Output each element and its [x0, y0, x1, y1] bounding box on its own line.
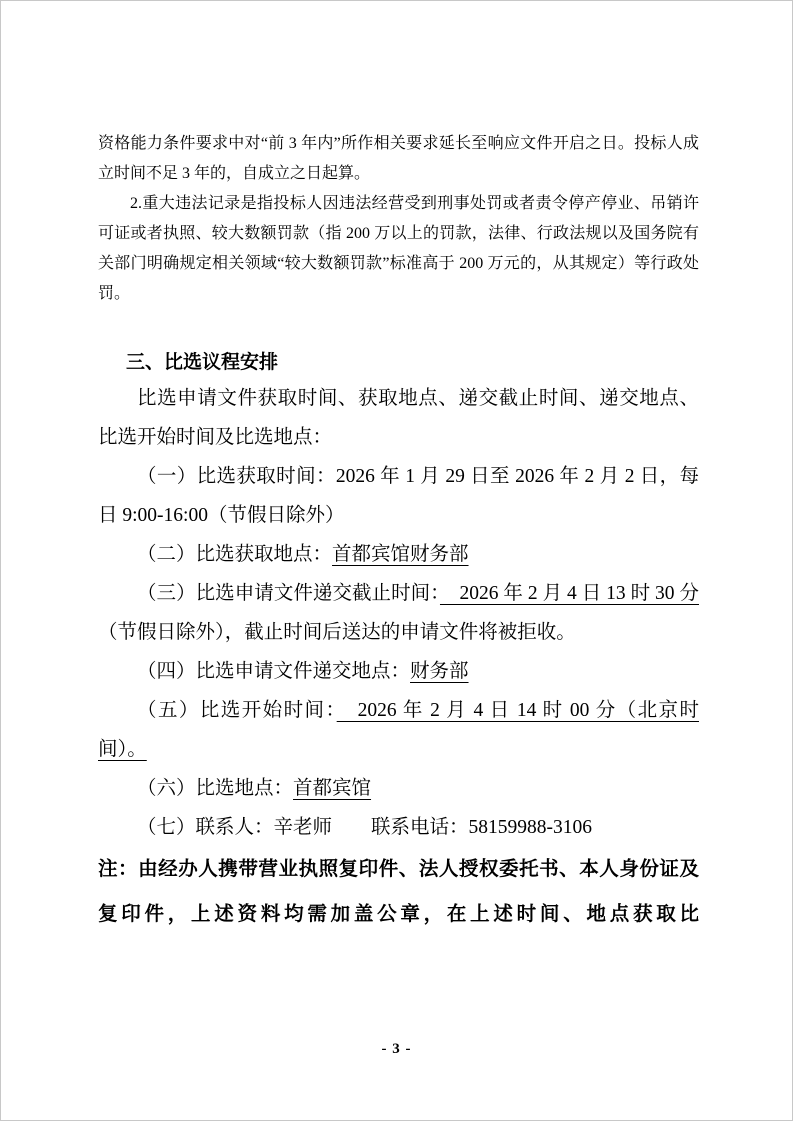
item-acquire-time: （一）比选获取时间：2026 年 1 月 29 日至 2026 年 2 月 2 … [98, 457, 699, 535]
item-submission-deadline-rest: （节假日除外），截止时间后送达的申请文件将被拒收。 [98, 622, 576, 643]
paragraph-qualification-period: 资格能力条件要求中对“前 3 年内”所作相关要求延长至响应文件开启之日。投标人成… [98, 129, 699, 189]
item-submission-place: （四）比选申请文件递交地点：财务部 [98, 652, 699, 691]
paragraph-agenda-lead: 比选申请文件获取时间、获取地点、递交截止时间、递交地点、比选开始时间及比选地点： [98, 379, 699, 457]
page-number: - 3 - [382, 1041, 412, 1057]
item-selection-place: （六）比选地点：首都宾馆 [98, 769, 699, 808]
item-submission-deadline-label: （三）比选申请文件递交截止时间： [137, 583, 440, 604]
paragraph-major-violation-definition: 2.重大违法记录是指投标人因违法经营受到刑事处罚或者责令停产停业、吊销许可证或者… [98, 189, 699, 309]
item-contact: （七）联系人：辛老师 联系电话：58159988-3106 [98, 808, 699, 847]
section-heading-agenda: 三、比选议程安排 [98, 347, 699, 379]
item-acquire-place: （二）比选获取地点：首都宾馆财务部 [98, 535, 699, 574]
item-acquire-place-label: （二）比选获取地点： [137, 544, 332, 565]
item-acquire-place-value: 首都宾馆财务部 [332, 544, 469, 565]
item-submission-place-value: 财务部 [410, 661, 469, 682]
page-footer: - 3 - [1, 1041, 792, 1058]
page-content: 资格能力条件要求中对“前 3 年内”所作相关要求延长至响应文件开启之日。投标人成… [98, 129, 699, 937]
item-submission-deadline: （三）比选申请文件递交截止时间： 2026 年 2 月 4 日 13 时 30 … [98, 574, 699, 652]
item-submission-place-label: （四）比选申请文件递交地点： [137, 661, 410, 682]
item-start-time: （五）比选开始时间： 2026 年 2 月 4 日 14 时 00 分（北京时间… [98, 691, 699, 769]
item-start-time-label: （五）比选开始时间： [137, 700, 337, 721]
item-submission-deadline-value: 2026 年 2 月 4 日 13 时 30 分 [440, 583, 699, 604]
item-selection-place-value: 首都宾馆 [293, 778, 371, 799]
item-selection-place-label: （六）比选地点： [137, 778, 293, 799]
document-page: 资格能力条件要求中对“前 3 年内”所作相关要求延长至响应文件开启之日。投标人成… [0, 0, 793, 1121]
paragraph-note: 注：由经办人携带营业执照复印件、法人授权委托书、本人身份证及复印件，上述资料均需… [98, 847, 699, 937]
